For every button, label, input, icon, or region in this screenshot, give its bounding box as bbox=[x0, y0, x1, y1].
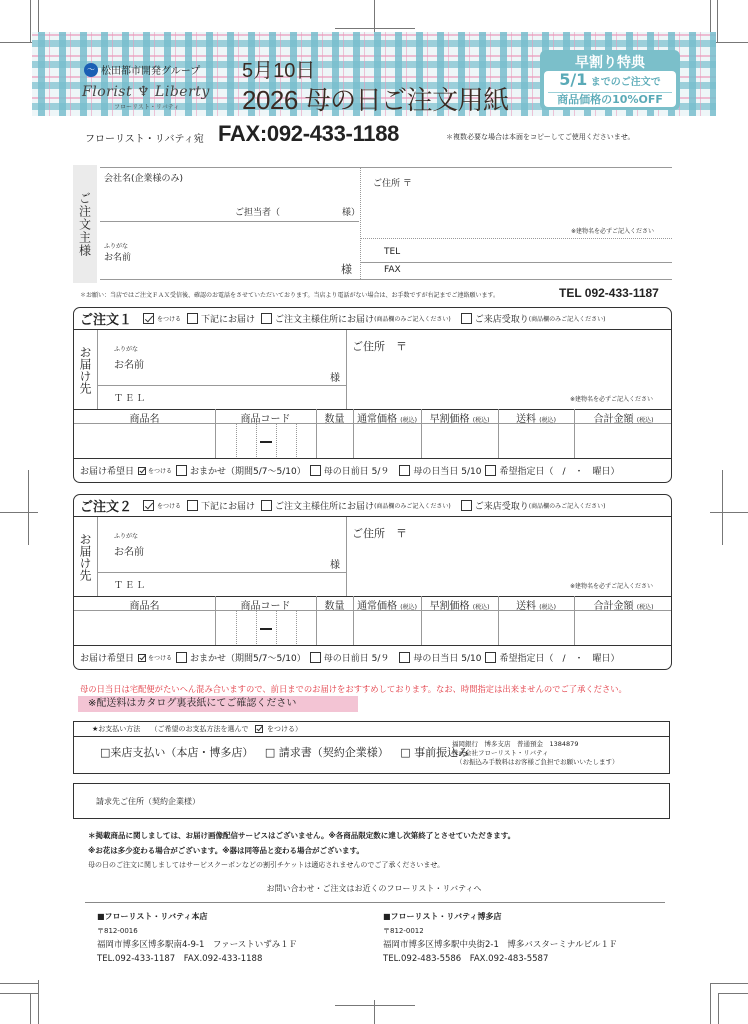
sama-label: 様 bbox=[341, 261, 352, 277]
deliver-below-checkbox[interactable] bbox=[187, 313, 198, 324]
note-line: ＊掲載商品に関しましては、お届け画像配信サービスはございません。※各商品限定数に… bbox=[88, 828, 515, 843]
request-note: ＊お願い：当店ではご注文ＦＡＸ受信後、確認のお電話をさせていただいております。当… bbox=[80, 290, 499, 299]
deliver-orderer-note: (商品欄のみご記入ください) bbox=[374, 314, 451, 323]
furigana-label: ふりがな bbox=[104, 241, 128, 250]
divider bbox=[215, 409, 216, 459]
recipient-address-field[interactable] bbox=[352, 540, 667, 576]
item-code-field[interactable] bbox=[217, 611, 314, 644]
store-pickup-checkbox[interactable] bbox=[461, 500, 472, 511]
billing-address-field[interactable]: 請求先ご住所（契約企業様） bbox=[73, 783, 670, 819]
notes: ＊掲載商品に関しましては、お届け画像配信サービスはございません。※各商品限定数に… bbox=[88, 828, 515, 873]
furigana-label: ふりがな bbox=[114, 344, 138, 353]
tax-note: (税込) bbox=[637, 417, 654, 424]
crop-mark bbox=[335, 1005, 415, 1006]
crop-mark bbox=[717, 0, 718, 42]
crop-mark bbox=[718, 993, 719, 1024]
check-instruction: をつける bbox=[157, 501, 181, 510]
furigana-label: ふりがな bbox=[114, 531, 138, 540]
crop-mark bbox=[30, 993, 31, 1024]
date-omakase-label: おまかせ（期間5/7〜5/10） bbox=[190, 651, 306, 664]
crop-mark bbox=[0, 993, 38, 994]
delivery-date-row: お届け希望日をつけるおまかせ（期間5/7〜5/10）母の日前日 5/９母の日当日… bbox=[74, 458, 671, 482]
crop-mark bbox=[335, 28, 415, 29]
recipient-tel-label: ＴＥＬ bbox=[114, 391, 147, 404]
payment-title: ★お支払い方法 bbox=[92, 725, 140, 733]
item-qty-field[interactable] bbox=[318, 424, 351, 457]
item-name-field[interactable] bbox=[76, 611, 213, 644]
date-eve-label: 母の日前日 5/９ bbox=[324, 651, 390, 664]
store-pickup-note: (商品欄のみご記入ください) bbox=[529, 314, 606, 323]
store-hakata: ■フローリスト・リバティ博多店 〒812-0012 福岡市博多区博多駅中央街2-… bbox=[383, 910, 617, 966]
divider bbox=[498, 596, 499, 646]
billing-address-label: 請求先ご住所（契約企業様） bbox=[96, 797, 200, 806]
divider bbox=[421, 409, 422, 459]
date-custom-label: 希望指定日（ / ・ 曜日） bbox=[499, 464, 619, 477]
date-custom-checkbox[interactable] bbox=[485, 465, 496, 476]
crop-mark bbox=[722, 470, 723, 545]
divider bbox=[346, 330, 347, 410]
order-header: ご注文２をつける下記にお届けご注文主様住所にお届け(商品欄のみご記入ください)ご… bbox=[74, 495, 671, 517]
crop-mark bbox=[38, 980, 39, 1024]
crop-mark bbox=[710, 512, 748, 513]
recipient-name-label: お名前 bbox=[114, 356, 144, 371]
tax-note: (税込) bbox=[400, 604, 417, 611]
date-eve-label: 母の日前日 5/９ bbox=[324, 464, 390, 477]
column-header: 数量 bbox=[316, 597, 353, 612]
delivery-warning: 母の日当日は宅配便がたいへん混み合いますので、前日までのお届けをおすすめしており… bbox=[80, 683, 627, 695]
crop-mark bbox=[710, 983, 748, 984]
divider bbox=[98, 572, 346, 573]
building-note: ※建物名を必ずご記入ください bbox=[571, 226, 654, 235]
crop-mark bbox=[374, 0, 375, 36]
order-1-section: ご注文１をつける下記にお届けご注文主様住所にお届け(商品欄のみご記入ください)ご… bbox=[73, 307, 672, 483]
checkmark-icon bbox=[143, 500, 154, 511]
date-day-checkbox[interactable] bbox=[399, 652, 410, 663]
orderer-tel-field[interactable] bbox=[410, 242, 665, 260]
divider bbox=[98, 385, 346, 386]
divider bbox=[346, 517, 347, 597]
request-tel: TEL 092-433-1187 bbox=[559, 286, 659, 300]
column-header: 数量 bbox=[316, 410, 353, 425]
tax-note: (税込) bbox=[473, 604, 490, 611]
note-line: ※お花は多少変わる場合がございます。※器は同等品と変わる場合がございます。 bbox=[88, 843, 515, 858]
recipient-name-field[interactable] bbox=[154, 531, 324, 569]
brand-sub: フローリスト・リバティ bbox=[114, 102, 179, 111]
orderer-fax-field[interactable] bbox=[410, 264, 665, 279]
deliver-orderer-checkbox[interactable] bbox=[261, 500, 272, 511]
store-name: ■フローリスト・リバティ本店 bbox=[97, 910, 297, 924]
contact-field-label: ご担当者（ bbox=[235, 205, 280, 218]
divider bbox=[353, 596, 354, 646]
crop-mark bbox=[30, 0, 31, 42]
check-instruction: をつける bbox=[148, 653, 172, 662]
crop-mark bbox=[0, 512, 38, 513]
promo-date-suffix: までのご注文で bbox=[591, 77, 661, 88]
recipient-section-label: お届け先 bbox=[74, 330, 98, 410]
divider bbox=[215, 596, 216, 646]
recipient-section-label: お届け先 bbox=[74, 517, 98, 597]
bank-info: 福岡銀行 博多支店 普通預金 1384879 株式会社フローリスト・リバティ （… bbox=[452, 740, 619, 767]
check-instruction: をつける bbox=[157, 314, 181, 323]
payment-options: □来店支払い（本店・博多店） □ 請求書（契約企業様） □ 事前振込み bbox=[100, 744, 469, 760]
check-instruction: をつける bbox=[148, 466, 172, 475]
divider bbox=[100, 221, 359, 222]
store-name: ■フローリスト・リバティ博多店 bbox=[383, 910, 617, 924]
group-logo-icon: 〜 bbox=[84, 63, 98, 77]
payment-option-store[interactable]: □来店支払い（本店・博多店） bbox=[100, 746, 253, 759]
divider bbox=[316, 596, 317, 646]
column-header: 合計金額 (税込) bbox=[574, 597, 672, 612]
store-zip: 〒812-0016 bbox=[97, 924, 297, 938]
deliver-below-label: 下記にお届け bbox=[201, 312, 255, 325]
divider bbox=[498, 409, 499, 459]
contact-line: お問い合わせ・ご注文はお近くのフローリスト・リバティへ bbox=[0, 883, 748, 894]
store-pickup-label: ご来店受取り bbox=[475, 312, 529, 325]
recipient-name-field[interactable] bbox=[154, 344, 324, 382]
deliver-orderer-checkbox[interactable] bbox=[261, 313, 272, 324]
store-pickup-note: (商品欄のみご記入ください) bbox=[529, 501, 606, 510]
orderer-address-field[interactable] bbox=[370, 188, 665, 222]
column-header: 商品コード bbox=[215, 410, 316, 425]
tax-note: (税込) bbox=[539, 417, 556, 424]
checkmark-icon bbox=[143, 313, 154, 324]
item-qty-field[interactable] bbox=[318, 611, 351, 644]
sama-label: 様 bbox=[330, 556, 340, 571]
tax-note: (税込) bbox=[473, 417, 490, 424]
deliver-orderer-label: ご注文主様住所にお届け bbox=[275, 312, 374, 325]
payment-option-invoice[interactable]: □ 請求書（契約企業様） bbox=[265, 746, 389, 759]
orderer-name-field[interactable] bbox=[150, 240, 335, 276]
divider bbox=[360, 238, 672, 239]
date-omakase-checkbox[interactable] bbox=[176, 465, 187, 476]
crop-mark bbox=[718, 993, 748, 994]
divider bbox=[100, 279, 672, 280]
store-phone: TEL.092-483-5586 FAX.092-483-5587 bbox=[383, 952, 617, 966]
delivery-date-row: お届け希望日をつけるおまかせ（期間5/7〜5/10）母の日前日 5/９母の日当日… bbox=[74, 645, 671, 669]
sama-label: 様 bbox=[330, 369, 340, 384]
tax-note: (税込) bbox=[400, 417, 417, 424]
group-name: 松田都市開発グループ bbox=[101, 62, 200, 77]
payment-section: ★お支払い方法 （ご希望のお支払方法を選んで をつける） □来店支払い（本店・博… bbox=[73, 721, 670, 774]
divider bbox=[360, 262, 672, 263]
tax-note: (税込) bbox=[637, 604, 654, 611]
item-total-field[interactable] bbox=[576, 611, 671, 644]
recipient-address-label: ご住所 〒 bbox=[352, 525, 407, 541]
transfer-fee-note: （お振込み手数料はお客様ご負担でお願いいたします） bbox=[456, 758, 619, 767]
orderer-name-label: お名前 bbox=[104, 250, 131, 263]
date-eve-checkbox[interactable] bbox=[310, 652, 321, 663]
delivery-date-label: お届け希望日 bbox=[80, 464, 134, 477]
recipient-address-field[interactable] bbox=[352, 353, 667, 389]
header-banner: 〜 松田都市開発グループ Florist ♆ Liberty フローリスト・リバ… bbox=[32, 32, 716, 116]
promo-offer: 商品価格の10%OFF bbox=[548, 92, 672, 107]
orderer-tel-label: TEL bbox=[384, 247, 400, 257]
recipient-name-label: お名前 bbox=[114, 543, 144, 558]
promo-date: 5/1 bbox=[559, 70, 587, 89]
early-bird-promo: 早割り特典 5/1 までのご注文で 商品価格の10%OFF bbox=[540, 50, 680, 110]
store-phone: TEL.092-433-1187 FAX.092-433-1188 bbox=[97, 952, 297, 966]
date-day-label: 母の日当日 5/10 bbox=[413, 464, 481, 477]
item-regular-price-field[interactable] bbox=[355, 611, 419, 644]
item-code-field[interactable] bbox=[217, 424, 314, 457]
column-header: 早割価格 (税込) bbox=[421, 597, 498, 612]
recipient-tel-field[interactable] bbox=[144, 574, 344, 594]
recipient-tel-field[interactable] bbox=[144, 387, 344, 407]
item-early-price-field[interactable] bbox=[423, 611, 496, 644]
payment-instruction-suffix: をつける） bbox=[267, 725, 302, 733]
column-header: 合計金額 (税込) bbox=[574, 410, 672, 425]
column-header: 送料 (税込) bbox=[498, 410, 574, 425]
divider bbox=[574, 596, 575, 646]
checkmark-icon bbox=[255, 725, 263, 733]
orderer-fax-label: FAX bbox=[384, 265, 401, 275]
divider bbox=[100, 167, 672, 168]
checkmark-icon bbox=[138, 654, 146, 662]
store-main: ■フローリスト・リバティ本店 〒812-0016 福岡市博多区博多駅南4-9-1… bbox=[97, 910, 297, 966]
note-line: 母の日のご注文に関しましてはサービスクーポンなどの割引チケットは適応されませんの… bbox=[88, 858, 515, 873]
bank-account-holder: 株式会社フローリスト・リバティ bbox=[452, 749, 619, 758]
store-pickup-checkbox[interactable] bbox=[461, 313, 472, 324]
order-header: ご注文１をつける下記にお届けご注文主様住所にお届け(商品欄のみご記入ください)ご… bbox=[74, 308, 671, 330]
item-name-field[interactable] bbox=[76, 424, 213, 457]
fax-recipient: フローリスト・リバティ宛 bbox=[85, 130, 204, 145]
column-header: 商品名 bbox=[74, 597, 215, 612]
brand-logo: Florist ♆ Liberty bbox=[82, 84, 210, 100]
checkmark-icon bbox=[138, 467, 146, 475]
page-title: 2026 母の日ご注文用紙 bbox=[242, 80, 509, 117]
deliver-below-label: 下記にお届け bbox=[201, 499, 255, 512]
column-header: 通常価格 (税込) bbox=[353, 597, 421, 612]
store-zip: 〒812-0012 bbox=[383, 924, 617, 938]
date-eve-checkbox[interactable] bbox=[310, 465, 321, 476]
promo-head: 早割り特典 bbox=[540, 52, 680, 72]
crop-mark bbox=[710, 983, 711, 1024]
item-regular-price-field[interactable] bbox=[355, 424, 419, 457]
deliver-orderer-label: ご注文主様住所にお届け bbox=[275, 499, 374, 512]
date-day-label: 母の日当日 5/10 bbox=[413, 651, 481, 664]
order-title: ご注文２ bbox=[80, 496, 132, 515]
item-shipping-field[interactable] bbox=[500, 611, 572, 644]
building-note: ※建物名を必ずご記入ください bbox=[570, 394, 653, 403]
group-logo: 〜 松田都市開発グループ bbox=[84, 62, 200, 77]
order-title: ご注文１ bbox=[80, 309, 132, 328]
column-header: 早割価格 (税込) bbox=[421, 410, 498, 425]
crop-mark bbox=[0, 983, 38, 984]
order-2-section: ご注文２をつける下記にお届けご注文主様住所にお届け(商品欄のみご記入ください)ご… bbox=[73, 494, 672, 670]
item-shipping-field[interactable] bbox=[500, 424, 572, 457]
title-date: 5月10日 bbox=[242, 54, 315, 83]
shipping-fee-note: ※配送料はカタログ裏表紙にてご確認ください bbox=[78, 696, 358, 712]
store-address: 福岡市博多区博多駅南4-9-1 ファーストいずみ１Ｆ bbox=[97, 938, 297, 952]
promo-body: 5/1 までのご注文で 商品価格の10%OFF bbox=[544, 71, 676, 107]
delivery-date-label: お届け希望日 bbox=[80, 651, 134, 664]
column-header: 商品コード bbox=[215, 597, 316, 612]
divider bbox=[421, 596, 422, 646]
column-header: 商品名 bbox=[74, 410, 215, 425]
column-header: 通常価格 (税込) bbox=[353, 410, 421, 425]
column-header: 送料 (税込) bbox=[498, 597, 574, 612]
divider bbox=[574, 409, 575, 459]
tax-note: (税込) bbox=[539, 604, 556, 611]
date-custom-label: 希望指定日（ / ・ 曜日） bbox=[499, 651, 619, 664]
store-pickup-label: ご来店受取り bbox=[475, 499, 529, 512]
orderer-section-label: ご注文主様 bbox=[73, 165, 97, 283]
bank-account: 福岡銀行 博多支店 普通預金 1384879 bbox=[452, 740, 619, 749]
company-field[interactable] bbox=[104, 182, 354, 218]
date-day-checkbox[interactable] bbox=[399, 465, 410, 476]
payment-header: ★お支払い方法 （ご希望のお支払方法を選んで をつける） bbox=[74, 722, 669, 737]
recipient-address-label: ご住所 〒 bbox=[352, 338, 407, 354]
crop-mark bbox=[374, 1000, 375, 1024]
building-note: ※建物名を必ずご記入ください bbox=[570, 581, 653, 590]
date-omakase-checkbox[interactable] bbox=[176, 652, 187, 663]
payment-instruction: （ご希望のお支払方法を選んで bbox=[151, 725, 249, 733]
date-custom-checkbox[interactable] bbox=[485, 652, 496, 663]
contact-suffix: 様） bbox=[342, 205, 360, 218]
divider bbox=[316, 409, 317, 459]
item-early-price-field[interactable] bbox=[423, 424, 496, 457]
date-omakase-label: おまかせ（期間5/7〜5/10） bbox=[190, 464, 306, 477]
store-address: 福岡市博多区博多駅中央街2-1 博多バスターミナルビル１Ｆ bbox=[383, 938, 617, 952]
fax-number: FAX:092-433-1188 bbox=[218, 121, 399, 147]
item-total-field[interactable] bbox=[576, 424, 671, 457]
deliver-below-checkbox[interactable] bbox=[187, 500, 198, 511]
recipient-tel-label: ＴＥＬ bbox=[114, 578, 147, 591]
divider bbox=[360, 167, 361, 279]
crop-mark bbox=[28, 470, 29, 545]
divider bbox=[353, 409, 354, 459]
copy-note: ＊複数必要な場合は本面をコピーしてご使用くださいませ。 bbox=[446, 132, 635, 142]
deliver-orderer-note: (商品欄のみご記入ください) bbox=[374, 501, 451, 510]
divider bbox=[85, 902, 665, 903]
